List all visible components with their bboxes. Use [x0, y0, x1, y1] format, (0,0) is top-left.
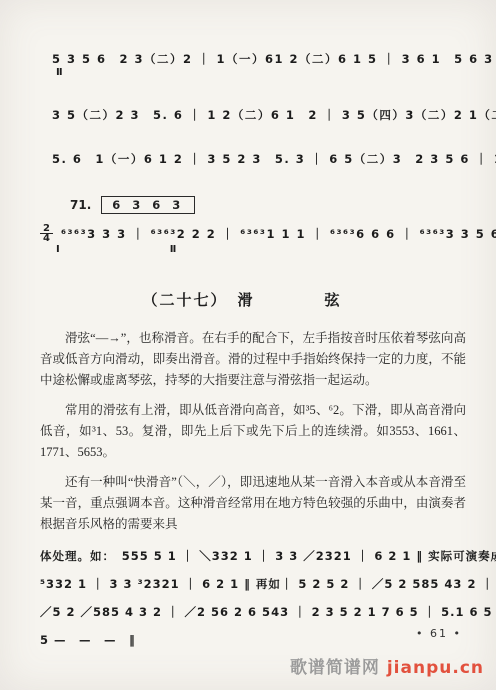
watermark-site-url: jianpu.cn: [387, 658, 484, 678]
watermark-site-name: 歌谱简谱网: [290, 658, 380, 678]
position-mark-row-example: Ⅰ Ⅱ: [56, 244, 496, 255]
string-pattern-box: 6 3 6 3: [101, 196, 195, 214]
example-71-header: 71. 6 3 6 3: [70, 196, 496, 214]
example-number: 71.: [70, 198, 91, 212]
example-71-notes: ⁶³⁶³3 3 3 ｜ ⁶³⁶³2 2 2 ｜ ⁶³⁶³1 1 1 ｜ ⁶³⁶³…: [61, 227, 496, 241]
notation-line-1: 5 3 5 6 2 3（二）2 ｜ 1（一）61 2（二）6 1 5 ｜ 3 6…: [52, 52, 496, 66]
scanned-music-book-page: 5 3 5 6 2 3（二）2 ｜ 1（一）61 2（二）6 1 5 ｜ 3 6…: [0, 0, 496, 690]
top-notation-block: 5 3 5 6 2 3（二）2 ｜ 1（一）61 2（二）6 1 5 ｜ 3 6…: [0, 0, 496, 166]
section-title: （二十七）滑 弦: [0, 289, 496, 310]
page-number: • 61 •: [416, 627, 462, 640]
example-notation-line-1: 体处理。如： 555 5 1 ｜ ＼332 1 ｜ 3 3 ／2321 ｜ 6 …: [40, 549, 496, 563]
paragraph-slide-definition: 滑弦“—→”，也称滑音。在右手的配合下，左手指按音时压依着琴弦向高音或低音方向滑…: [40, 328, 466, 391]
example-notation-line-3: ／5 2 ／585 4 3 2 ｜ ／2 56 2 6 543 ｜ 2 3 5 …: [40, 605, 496, 619]
notation-line-3: 5. 6 1（一）6 1 2 ｜ 3 5 2 3 5. 3 ｜ 6 5（二）3 …: [52, 152, 496, 166]
example-notation-line-2: ⁵332 1 ｜ 3 3 ³2321 ｜ 6 2 1 ‖ 再如｜ 5 2 5 2…: [40, 577, 496, 591]
section-number: （二十七）: [142, 293, 227, 309]
watermark: 歌谱简谱网 jianpu.cn: [290, 653, 484, 678]
example-71-notation: 2 4 ⁶³⁶³3 3 3 ｜ ⁶³⁶³2 2 2 ｜ ⁶³⁶³1 1 1 ｜ …: [40, 224, 496, 243]
paragraph-slide-types: 常用的滑弦有上滑，即从低音滑向高音，如³5、⁶2。下滑，即从高音滑向低音，如³1…: [40, 400, 466, 463]
position-mark-row-1: Ⅱ: [56, 67, 496, 78]
time-signature-numerator: 2: [40, 224, 53, 233]
section-name: 滑 弦: [238, 293, 354, 309]
time-signature-denominator: 4: [40, 233, 53, 243]
time-signature: 2 4: [40, 224, 53, 243]
paragraph-fast-slide: 还有一种叫“快滑音”（＼，／），即迅速地从某一音滑入本音或从本音滑至某一音，重点…: [40, 472, 466, 535]
notation-line-2: 3 5（二）2 3 5. 6 ｜ 1 2（二）6 1 2 ｜ 3 5（四）3（二…: [52, 108, 496, 122]
